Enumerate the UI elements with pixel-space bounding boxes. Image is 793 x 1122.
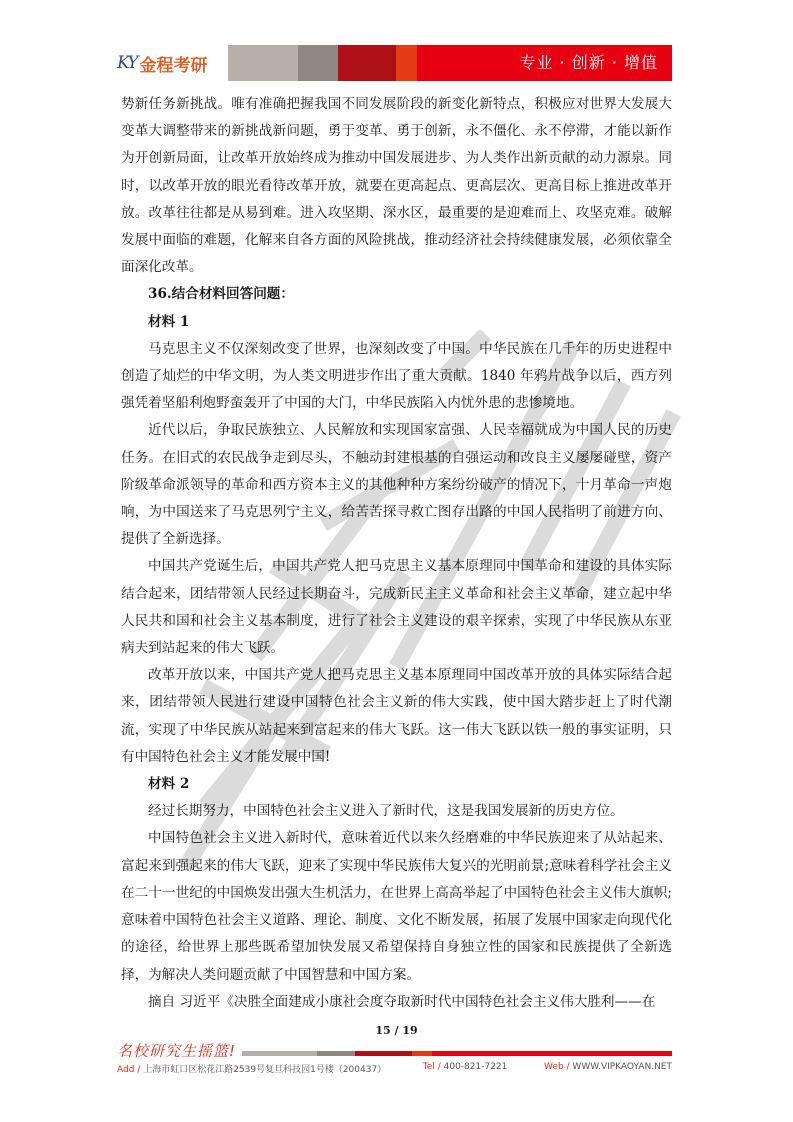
- citation: 摘自 习近平《决胜全面建成小康社会度夺取新时代中国特色社会主义伟大胜利——在: [121, 989, 672, 1016]
- header-bar-orange: [396, 45, 417, 81]
- footer-slogan: 名校研究生摇篮!: [117, 1040, 236, 1061]
- logo-mark-icon: KY: [117, 53, 136, 73]
- footer-bar-darkred: [355, 1051, 412, 1056]
- paragraph: 改革开放以来，中国共产党人把马克思主义基本原理同中国改革开放的具体实际结合起来，…: [121, 662, 672, 771]
- paragraph: 马克思主义不仅深刻改变了世界，也深刻改变了中国。中华民族在几千年的历史进程中创造…: [121, 336, 672, 418]
- footer-bar-darkgray: [317, 1051, 355, 1056]
- footer-contact: Add / 上海市虹口区松花江路2539号复旦科技园1号楼（200437） Te…: [117, 1062, 672, 1075]
- header-bar-darkred: [338, 45, 396, 81]
- question-heading: 36.结合材料回答问题：: [121, 281, 672, 308]
- brand-logo: KY 金程考研: [117, 49, 207, 77]
- header-bar-darkgray: [298, 45, 338, 81]
- paragraph: 经过长期努力，中国特色社会主义进入了新时代，这是我国发展新的历史方位。: [121, 798, 672, 825]
- paragraph: 近代以后，争取民族独立、人民解放和实现国家富强、人民幸福就成为中国人民的历史任务…: [121, 417, 672, 553]
- material-2-heading: 材料 2: [121, 771, 672, 798]
- footer-bar-gray: [242, 1051, 317, 1056]
- footer-web: Web / WWW.VIPKAOYAN.NET: [544, 1062, 672, 1075]
- page-footer: 名校研究生摇篮! Add / 上海市虹口区松花江路2539号复旦科技园1号楼（2…: [117, 1040, 672, 1080]
- footer-tel: Tel / 400-821-7221: [423, 1062, 508, 1075]
- paragraph: 中国共产党诞生后，中国共产党人把马克思主义基本原理同中国革命和建设的具体实际结合…: [121, 553, 672, 662]
- header-slogan: 专业 · 创新 · 增值: [519, 45, 658, 81]
- material-1-heading: 材料 1: [121, 309, 672, 336]
- document-body: 势新任务新挑战。唯有准确把握我国不同发展阶段的新变化新特点，积极应对世界大发展大…: [121, 91, 672, 1016]
- footer-bar-red: [432, 1051, 672, 1056]
- footer-bar-orange: [412, 1051, 432, 1056]
- paragraph: 中国特色社会主义进入新时代，意味着近代以来久经磨难的中华民族迎来了从站起来、富起…: [121, 825, 672, 988]
- logo-text: 金程考研: [139, 51, 207, 76]
- paragraph-continuation: 势新任务新挑战。唯有准确把握我国不同发展阶段的新变化新特点，积极应对世界大发展大…: [121, 91, 672, 281]
- page-header: KY 金程考研 专业 · 创新 · 增值: [117, 45, 672, 81]
- header-bar-gray: [228, 45, 298, 81]
- page-number: 15 / 19: [0, 1024, 793, 1037]
- footer-address: Add / 上海市虹口区松花江路2539号复旦科技园1号楼（200437）: [117, 1062, 386, 1075]
